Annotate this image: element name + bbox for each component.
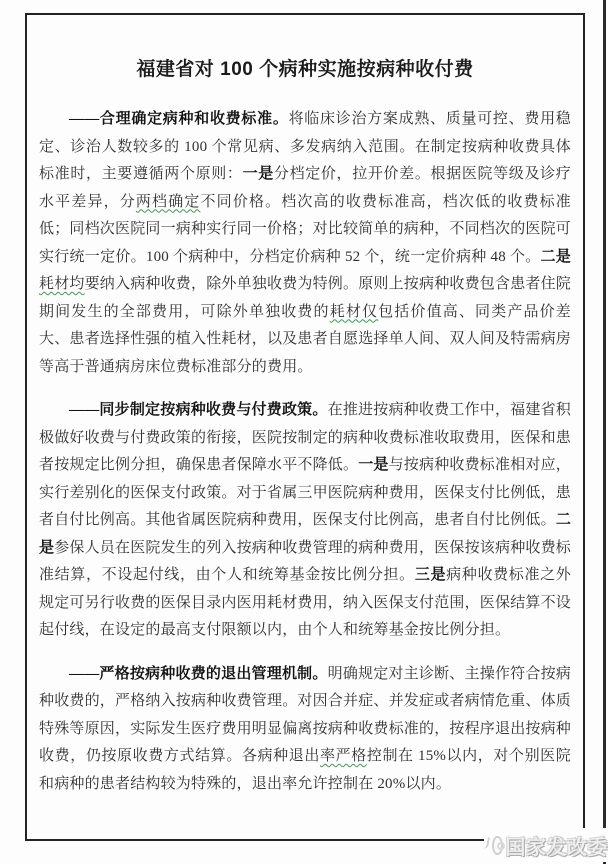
paragraph-text: 耗材仅 [330,304,378,320]
document-title: 福建省对 100 个病种实施按病种收付费 [39,55,571,85]
paragraph-lead-text: ——严格按病种收费的退出管理机制。 [69,666,328,682]
paragraph-text: 两档确定 [136,194,201,210]
paragraph-lead-text: ——合理确定病种和收费标准。 [69,111,289,127]
paragraph-text: 率严格 [320,748,367,764]
ndrc-emblem-icon [492,836,502,855]
document-body: ——合理确定病种和收费标准。将临床诊治方案成熟、质量可控、费用稳定、诊治人数较多… [39,106,571,798]
paragraph-lead-text: 三是 [415,567,446,583]
paragraph-lead-text: ——同步制定按病种收费与付费政策。 [69,402,328,418]
page-edge-line [603,0,606,864]
ndrc-emblem-inner [497,842,505,850]
paragraph-text: 耗材均 [39,276,85,292]
watermark-label: 国家发改委 [506,831,608,860]
watermark-tick-mark [483,837,490,850]
paragraph-lead-text: 一是 [358,457,388,473]
page: 福建省对 100 个病种实施按病种收付费 ——合理确定病种和收费标准。将临床诊治… [0,0,608,864]
paragraph-lead-text: 一是 [243,166,274,182]
paragraph: ——同步制定按病种收费与付费政策。在推进按病种收费工作中，福建省积极做好收费与付… [39,397,571,645]
paragraph-lead-text: 二是 [541,249,571,265]
document-frame: 福建省对 100 个病种实施按病种收付费 ——合理确定病种和收费标准。将临床诊治… [25,13,585,841]
paragraph: ——合理确定病种和收费标准。将临床诊治方案成熟、质量可控、费用稳定、诊治人数较多… [39,106,571,381]
paragraph: ——严格按病种收费的退出管理机制。明确规定对主诊断、主操作符合按病种收费的，严格… [39,661,571,799]
watermark: 国家发改委 [484,828,608,862]
